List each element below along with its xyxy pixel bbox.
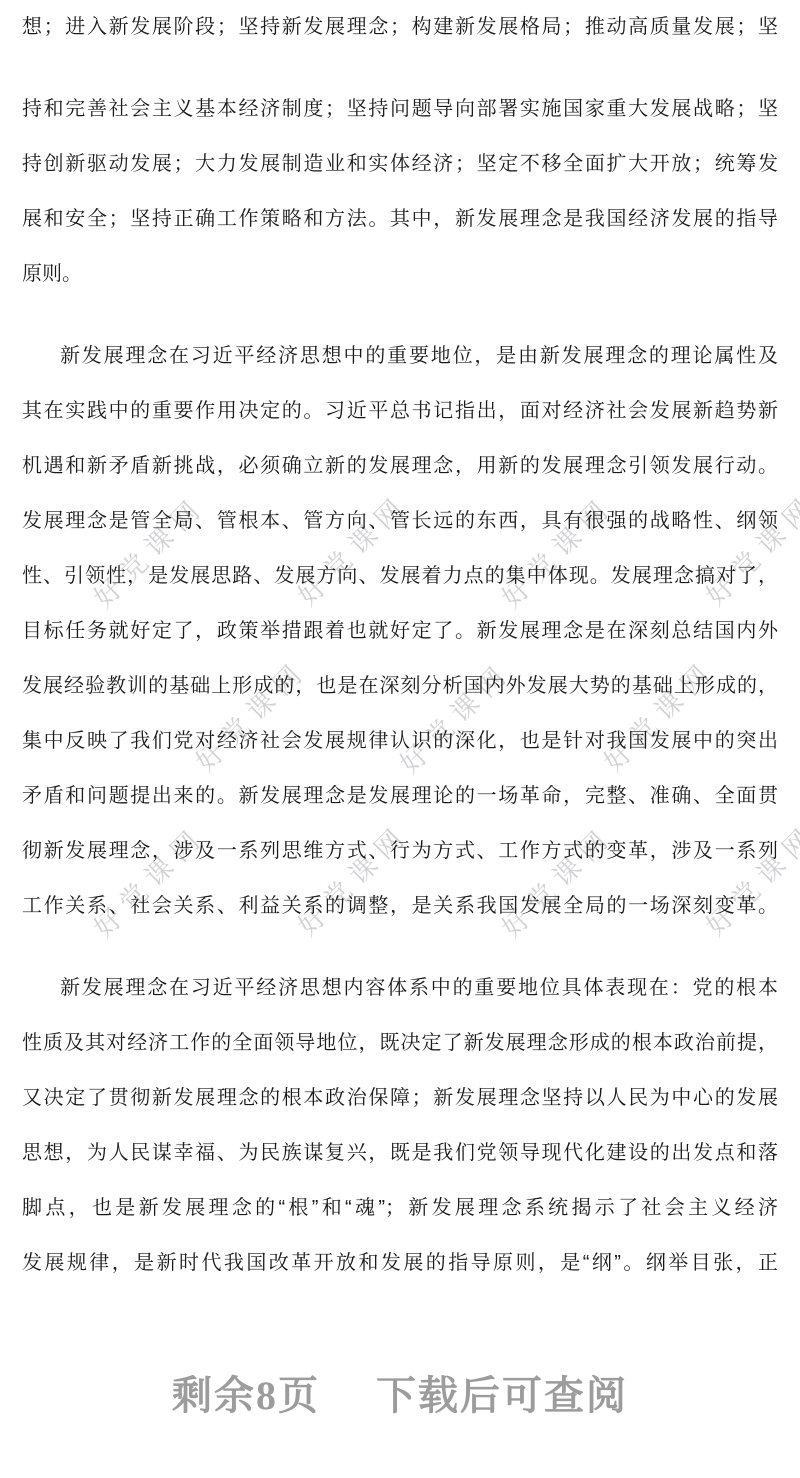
text-line: 思想，为人民谋幸福、为民族谋复兴，既是我们党领导现代化建设的出发点和落 [22, 1126, 778, 1181]
paragraph: 新发展理念在习近平经济思想中的重要地位，是由新发展理念的理论属性及其在实践中的重… [22, 329, 778, 934]
preview-footer: 剩余8页下载后可查阅 [0, 1372, 800, 1420]
text-line: 脚点，也是新发展理念的“根”和“魂”；新发展理念系统揭示了社会主义经济 [22, 1181, 778, 1236]
paragraph: 新发展理念在习近平经济思想内容体系中的重要地位具体表现在：党的根本性质及其对经济… [22, 961, 778, 1291]
text-line: 想；进入新发展阶段；坚持新发展理念；构建新发展格局；推动高质量发展；坚 [22, 0, 778, 55]
text-line: 持和完善社会主义基本经济制度；坚持问题导向部署实施国家重大发展战略；坚 [22, 82, 778, 137]
text-line: 彻新发展理念，涉及一系列思维方式、行为方式、工作方式的变革，涉及一系列 [22, 824, 778, 879]
text-line: 工作关系、社会关系、利益关系的调整，是关系我国发展全局的一场深刻变革。 [22, 879, 778, 934]
text-line: 性质及其对经济工作的全面领导地位，既决定了新发展理念形成的根本政治前提， [22, 1016, 778, 1071]
text-line: 发展理念是管全局、管根本、管方向、管长远的东西，具有很强的战略性、纲领 [22, 494, 778, 549]
text-line: 新发展理念在习近平经济思想中的重要地位，是由新发展理念的理论属性及 [22, 329, 778, 384]
document-content: 想；进入新发展阶段；坚持新发展理念；构建新发展格局；推动高质量发展；坚持和完善社… [0, 0, 800, 1291]
text-line: 原则。 [22, 247, 778, 302]
paragraph: 想；进入新发展阶段；坚持新发展理念；构建新发展格局；推动高质量发展；坚 [22, 0, 778, 55]
text-line: 新发展理念在习近平经济思想内容体系中的重要地位具体表现在：党的根本 [22, 961, 778, 1016]
text-line: 其在实践中的重要作用决定的。习近平总书记指出，面对经济社会发展新趋势新 [22, 384, 778, 439]
text-line: 发展经验教训的基础上形成的，也是在深刻分析国内外发展大势的基础上形成的， [22, 659, 778, 714]
text-line: 又决定了贯彻新发展理念的根本政治保障；新发展理念坚持以人民为中心的发展 [22, 1071, 778, 1126]
text-line: 展和安全；坚持正确工作策略和方法。其中，新发展理念是我国经济发展的指导 [22, 192, 778, 247]
remaining-pages-label: 剩余8页 [172, 1373, 320, 1418]
text-line: 矛盾和问题提出来的。新发展理念是发展理论的一场革命，完整、准确、全面贯 [22, 769, 778, 824]
text-line: 性、引领性，是发展思路、发展方向、发展着力点的集中体现。发展理念搞对了， [22, 549, 778, 604]
paragraph: 持和完善社会主义基本经济制度；坚持问题导向部署实施国家重大发展战略；坚持创新驱动… [22, 82, 778, 302]
text-line: 机遇和新矛盾新挑战，必须确立新的发展理念，用新的发展理念引领发展行动。 [22, 439, 778, 494]
document-page: 好党课网好党课网好党课网好党课网好党课网好党课网好党课网好党课网好党课网好党课网… [0, 0, 800, 1478]
text-line: 目标任务就好定了，政策举措跟着也就好定了。新发展理念是在深刻总结国内外 [22, 604, 778, 659]
download-hint-label: 下载后可查阅 [376, 1373, 628, 1418]
text-line: 持创新驱动发展；大力发展制造业和实体经济；坚定不移全面扩大开放；统筹发 [22, 137, 778, 192]
text-line: 发展规律，是新时代我国改革开放和发展的指导原则，是“纲”。纲举目张，正 [22, 1236, 778, 1291]
text-line: 集中反映了我们党对经济社会发展规律认识的深化，也是针对我国发展中的突出 [22, 714, 778, 769]
